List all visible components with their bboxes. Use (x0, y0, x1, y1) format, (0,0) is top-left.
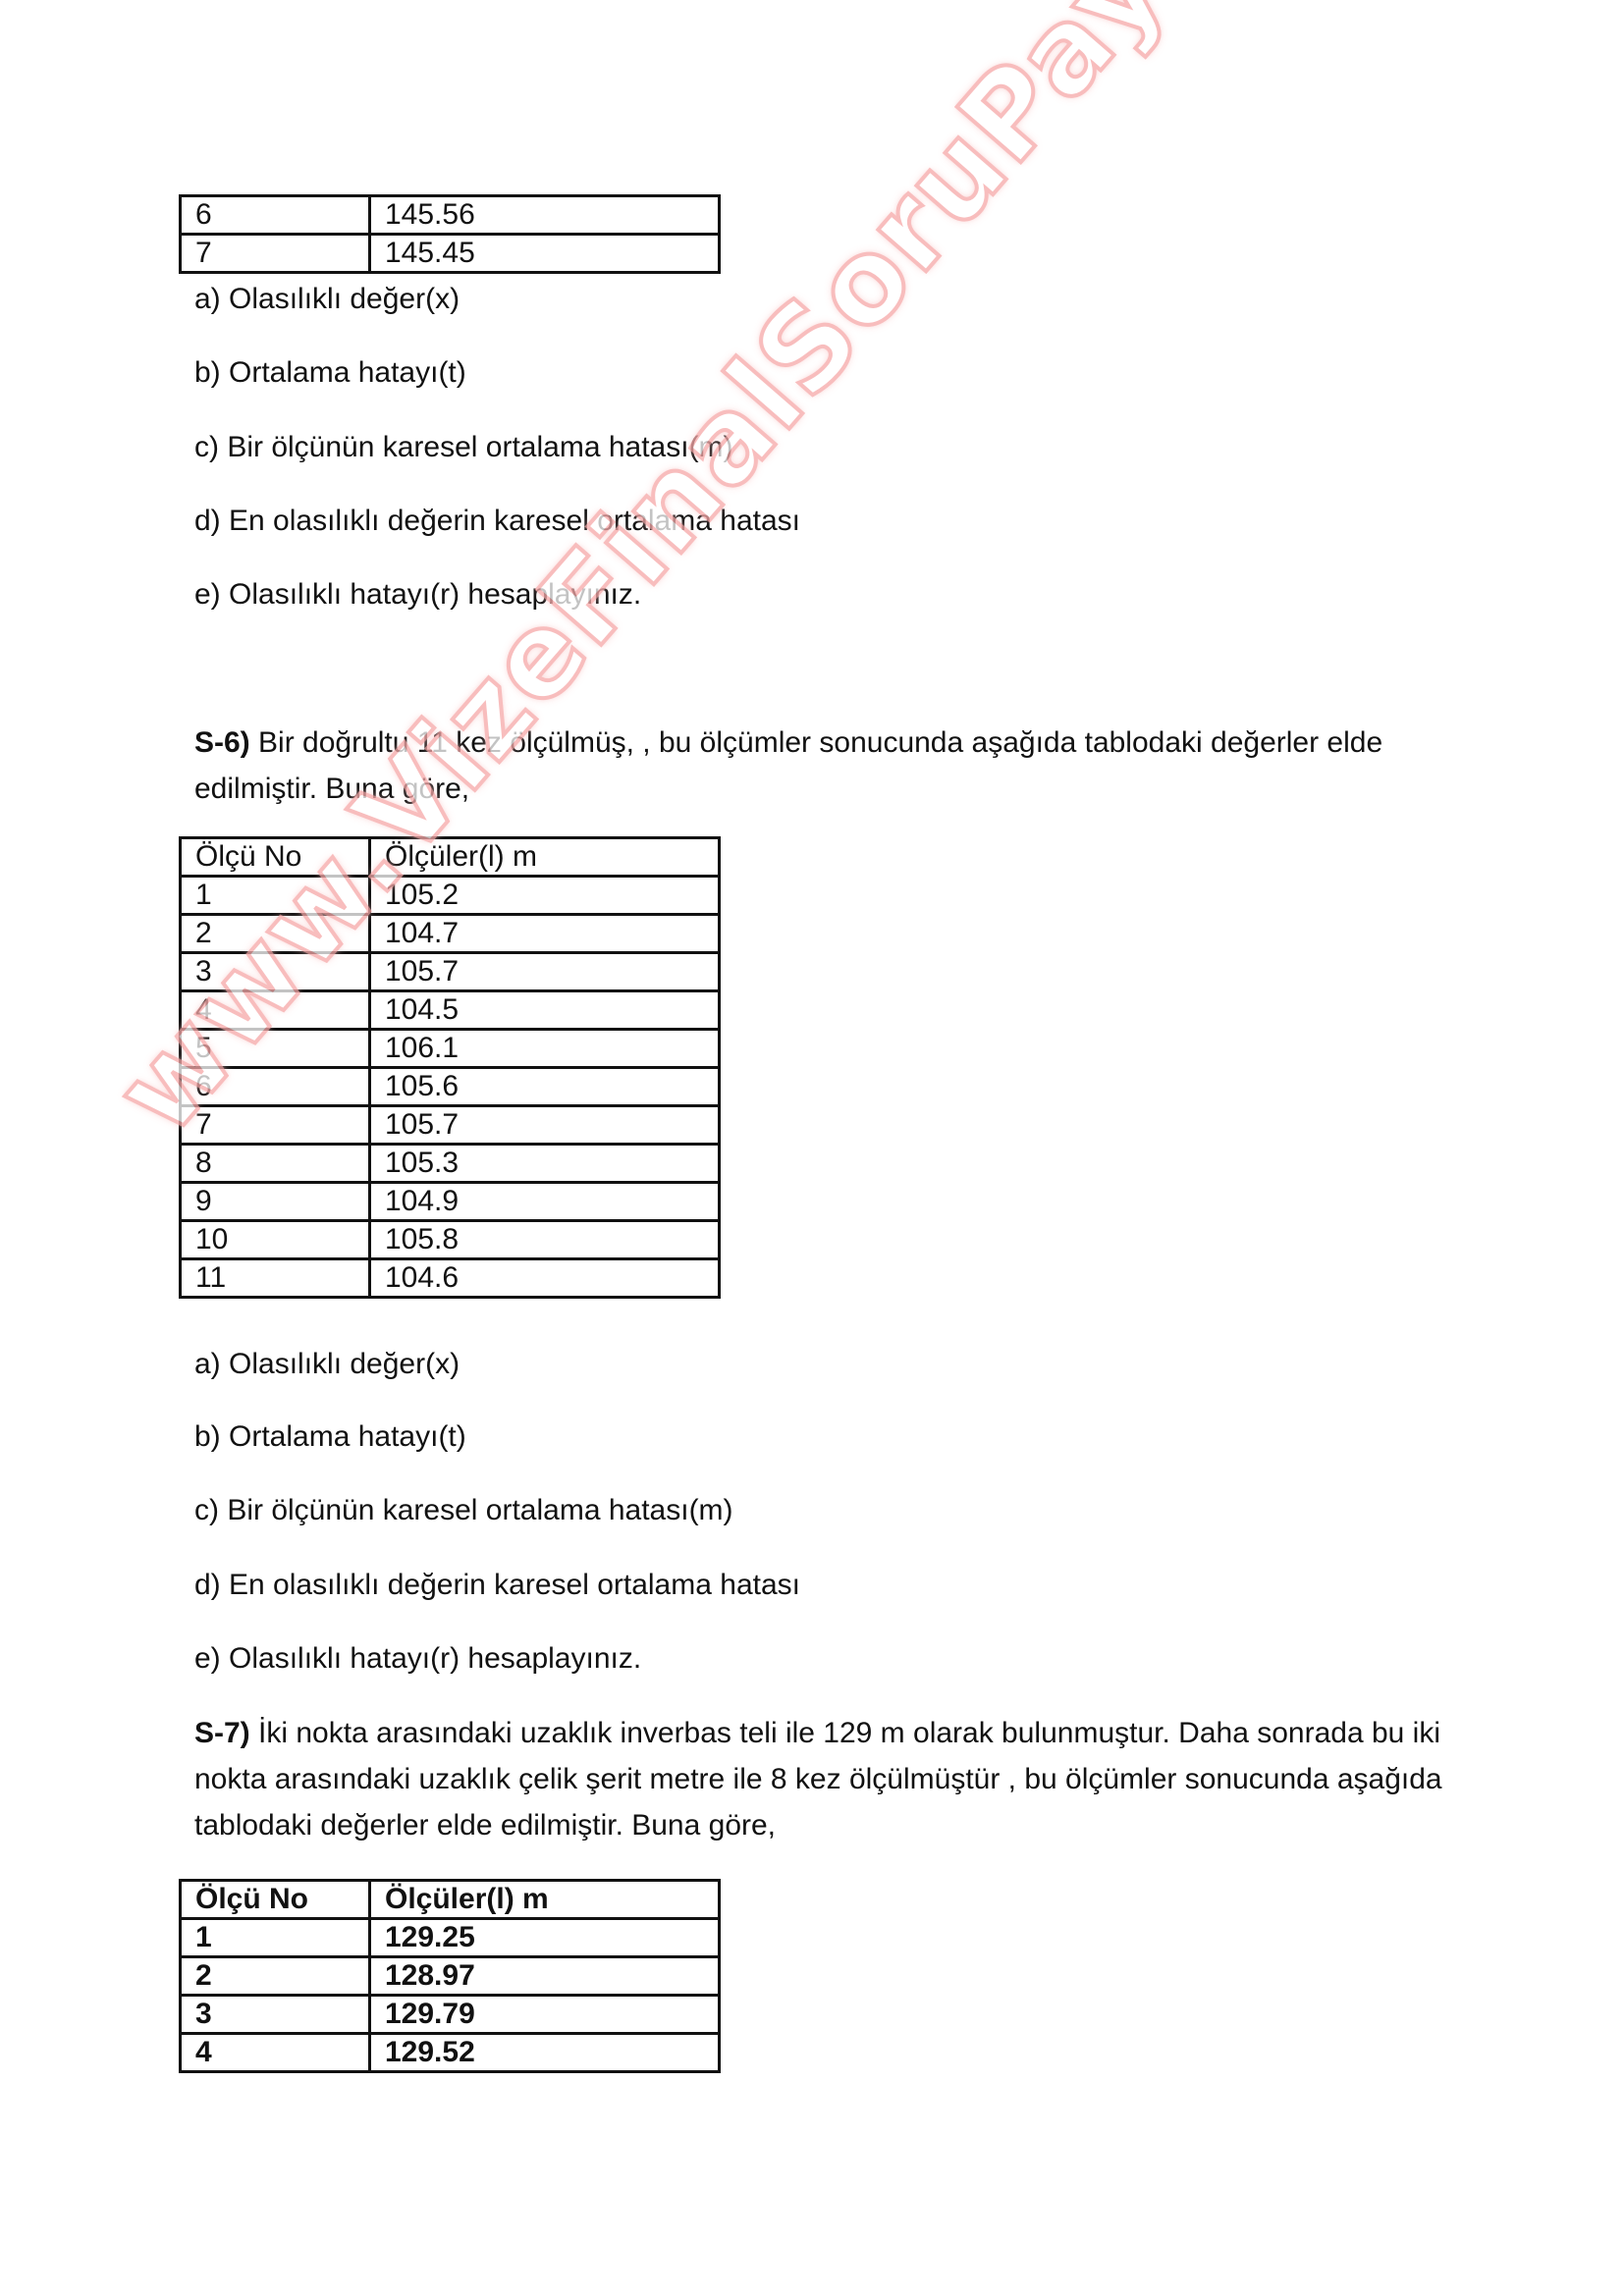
question-label: S-6) (194, 726, 250, 759)
question-s6-text: S-6) Bir doğrultu 11 kez ölçülmüş, , bu … (194, 720, 1461, 812)
document-page: 6 145.56 7 145.45 a) Olasılıklı değer(x)… (0, 0, 1624, 2296)
s7-measurement-table: Ölçü No Ölçüler(l) m 1129.25 2128.97 312… (179, 1879, 721, 2073)
measurement-no: 6 (181, 196, 370, 235)
measurement-no: 2 (181, 1957, 370, 1996)
question-item-d: d) En olasılıklı değerin karesel ortalam… (194, 504, 800, 539)
question-item-c: c) Bir ölçünün karesel ortalama hatası(m… (194, 430, 733, 465)
measurement-no: 1 (181, 877, 370, 915)
measurement-no: 1 (181, 1919, 370, 1957)
column-header-value: Ölçüler(l) m (370, 1881, 720, 1919)
measurement-no: 2 (181, 915, 370, 953)
measurement-value: 104.9 (370, 1183, 720, 1221)
table-row: 8105.3 (181, 1145, 720, 1183)
measurement-value: 105.7 (370, 1106, 720, 1145)
table-row: 9104.9 (181, 1183, 720, 1221)
question-item-e: e) Olasılıklı hatayı(r) hesaplayınız. (194, 1641, 641, 1677)
measurement-no: 5 (181, 1030, 370, 1068)
question-body: Bir doğrultu 11 kez ölçülmüş, , bu ölçüm… (194, 726, 1382, 805)
table-row: 7105.7 (181, 1106, 720, 1145)
measurement-no: 4 (181, 991, 370, 1030)
measurement-value: 129.25 (370, 1919, 720, 1957)
question-item-d: d) En olasılıklı değerin karesel ortalam… (194, 1568, 800, 1603)
question-item-b: b) Ortalama hatayı(t) (194, 355, 466, 391)
column-header-no: Ölçü No (181, 1881, 370, 1919)
measurement-value: 105.2 (370, 877, 720, 915)
measurement-no: 3 (181, 1996, 370, 2034)
measurement-no: 10 (181, 1221, 370, 1259)
table-row: 5106.1 (181, 1030, 720, 1068)
s6-measurement-table: Ölçü No Ölçüler(l) m 1105.2 2104.7 3105.… (179, 836, 721, 1299)
measurement-value: 105.6 (370, 1068, 720, 1106)
measurement-value: 104.7 (370, 915, 720, 953)
table-row: 10105.8 (181, 1221, 720, 1259)
measurement-value: 129.52 (370, 2034, 720, 2072)
measurement-value: 105.7 (370, 953, 720, 991)
table-row: 3105.7 (181, 953, 720, 991)
measurement-no: 7 (181, 1106, 370, 1145)
question-item-a: a) Olasılıklı değer(x) (194, 1347, 460, 1382)
table-row: 6 145.56 (181, 196, 720, 235)
measurement-value: 104.6 (370, 1259, 720, 1298)
measurement-no: 7 (181, 235, 370, 273)
table-header-row: Ölçü No Ölçüler(l) m (181, 838, 720, 877)
table-row: 7 145.45 (181, 235, 720, 273)
measurement-no: 6 (181, 1068, 370, 1106)
question-item-b: b) Ortalama hatayı(t) (194, 1419, 466, 1455)
table-row: 3129.79 (181, 1996, 720, 2034)
table-row: 4129.52 (181, 2034, 720, 2072)
measurement-no: 9 (181, 1183, 370, 1221)
measurement-value: 145.45 (370, 235, 720, 273)
column-header-no: Ölçü No (181, 838, 370, 877)
table-row: 2128.97 (181, 1957, 720, 1996)
question-item-e: e) Olasılıklı hatayı(r) hesaplayınız. (194, 577, 641, 613)
measurement-value: 105.3 (370, 1145, 720, 1183)
measurement-value: 106.1 (370, 1030, 720, 1068)
question-s7-text: S-7) İki nokta arasındaki uzaklık inverb… (194, 1710, 1461, 1848)
measurement-no: 3 (181, 953, 370, 991)
table-header-row: Ölçü No Ölçüler(l) m (181, 1881, 720, 1919)
table-row: 1129.25 (181, 1919, 720, 1957)
question-body: İki nokta arasındaki uzaklık inverbas te… (194, 1717, 1442, 1842)
measurement-no: 11 (181, 1259, 370, 1298)
measurement-value: 104.5 (370, 991, 720, 1030)
measurement-no: 8 (181, 1145, 370, 1183)
question-label: S-7) (194, 1717, 250, 1749)
column-header-value: Ölçüler(l) m (370, 838, 720, 877)
measurement-no: 4 (181, 2034, 370, 2072)
question-item-c: c) Bir ölçünün karesel ortalama hatası(m… (194, 1493, 733, 1528)
measurement-value: 128.97 (370, 1957, 720, 1996)
previous-measurement-table: 6 145.56 7 145.45 (179, 194, 721, 274)
table-row: 11104.6 (181, 1259, 720, 1298)
measurement-value: 105.8 (370, 1221, 720, 1259)
measurement-value: 145.56 (370, 196, 720, 235)
table-row: 6105.6 (181, 1068, 720, 1106)
table-row: 2104.7 (181, 915, 720, 953)
measurement-value: 129.79 (370, 1996, 720, 2034)
question-item-a: a) Olasılıklı değer(x) (194, 282, 460, 317)
table-row: 1105.2 (181, 877, 720, 915)
table-row: 4104.5 (181, 991, 720, 1030)
